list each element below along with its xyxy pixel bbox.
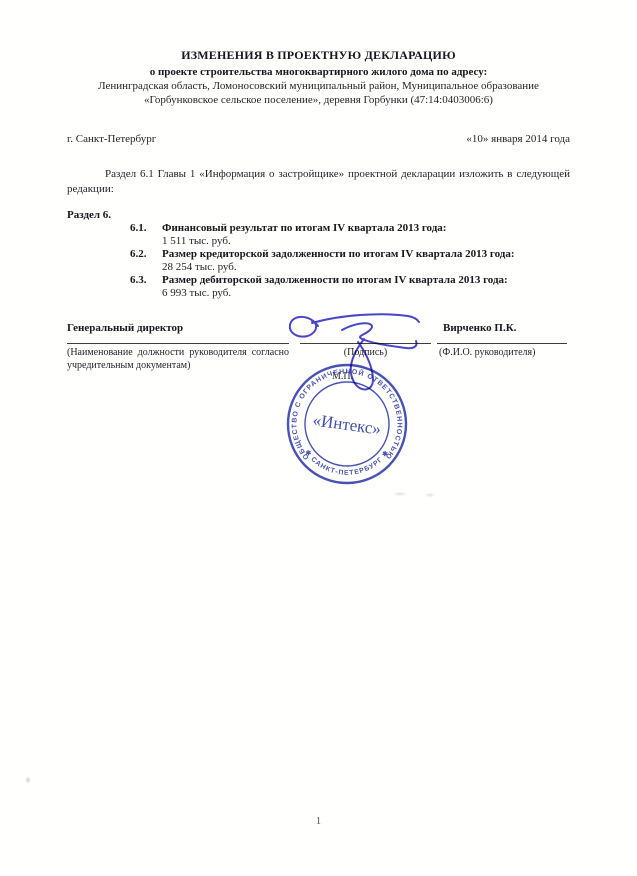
section-items: 6.1. Финансовый результат по итогам IV к… — [130, 222, 590, 300]
position-caption: (Наименование должности руководителя сог… — [67, 347, 289, 372]
section-label: Раздел 6. — [67, 209, 111, 221]
item-value: 1 511 тыс. руб. — [162, 235, 590, 248]
item-title: Финансовый результат по итогам IV кварта… — [162, 222, 590, 235]
address-line-1: Ленинградская область, Ломоносовский мун… — [40, 79, 597, 93]
city-label: г. Санкт-Петербург — [67, 133, 156, 145]
handwritten-signature — [280, 308, 425, 403]
item-number: 6.2. — [130, 248, 162, 274]
document-title: ИЗМЕНЕНИЯ В ПРОЕКТНУЮ ДЕКЛАРАЦИЮ — [40, 48, 597, 63]
address-line-2: «Горбунковское сельское поселение», дере… — [40, 93, 597, 107]
list-item: 6.2. Размер кредиторской задолженности п… — [130, 248, 590, 274]
scan-smudge — [388, 488, 440, 500]
signature-line — [67, 343, 289, 344]
signature-name-column: Вирченко П.К. (Ф.И.О. руководителя) — [437, 322, 567, 360]
position-title: Генеральный директор — [67, 322, 289, 343]
director-name: Вирченко П.К. — [437, 322, 567, 343]
item-value: 28 254 тыс. руб. — [162, 261, 590, 274]
item-number: 6.1. — [130, 222, 162, 248]
date-label: «10» января 2014 года — [466, 133, 570, 145]
signature-line — [437, 343, 567, 344]
page-number: 1 — [0, 816, 637, 827]
signature-position-column: Генеральный директор (Наименование должн… — [67, 322, 289, 372]
document-header: ИЗМЕНЕНИЯ В ПРОЕКТНУЮ ДЕКЛАРАЦИЮ о проек… — [40, 48, 597, 107]
item-title: Размер дебиторской задолженности по итог… — [162, 274, 590, 287]
dateline: г. Санкт-Петербург «10» января 2014 года — [67, 133, 570, 145]
item-number: 6.3. — [130, 274, 162, 300]
item-value: 6 993 тыс. руб. — [162, 287, 590, 300]
name-caption: (Ф.И.О. руководителя) — [437, 347, 567, 360]
document-page: ИЗМЕНЕНИЯ В ПРОЕКТНУЮ ДЕКЛАРАЦИЮ о проек… — [0, 0, 637, 876]
item-title: Размер кредиторской задолженности по ито… — [162, 248, 590, 261]
scan-smudge — [23, 774, 35, 786]
stamp-center-text: «Интекс» — [312, 410, 383, 438]
list-item: 6.1. Финансовый результат по итогам IV к… — [130, 222, 590, 248]
document-subtitle: о проекте строительства многоквартирного… — [40, 65, 597, 79]
intro-paragraph: Раздел 6.1 Главы 1 «Информация о застрой… — [67, 167, 570, 196]
list-item: 6.3. Размер дебиторской задолженности по… — [130, 274, 590, 300]
